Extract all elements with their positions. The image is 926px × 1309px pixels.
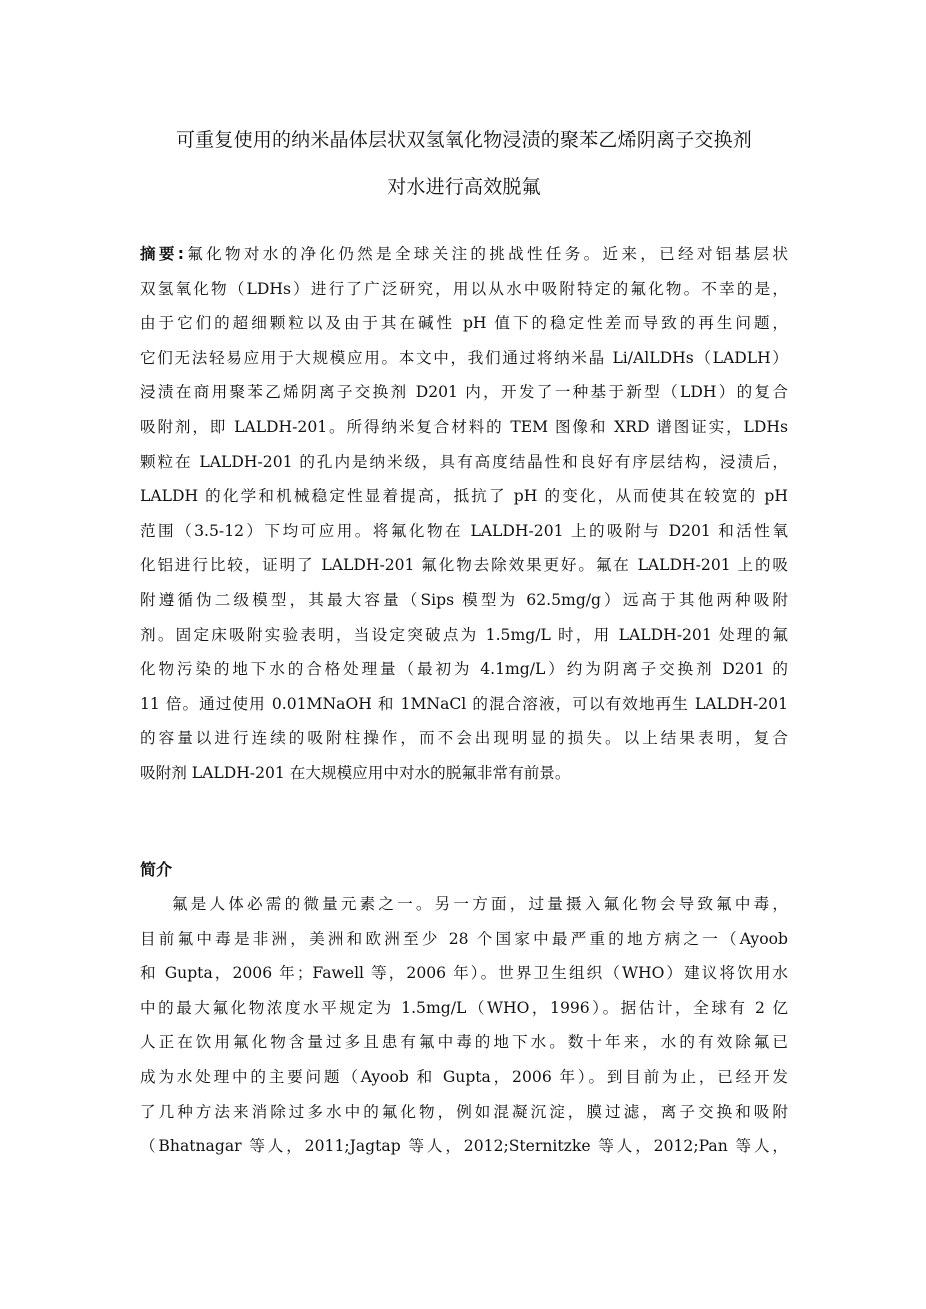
abstract-line: 它们无法轻易应用于大规模应用。本文中，我们通过将纳米晶 Li/AlLDHs（LA… [140, 341, 788, 376]
abstract-line: 吸附剂 LALDH-201 在大规模应用中对水的脱氟非常有前景。 [140, 756, 788, 791]
title-line-2: 对水进行高效脱氟 [140, 175, 788, 199]
abstract-line: 附遵循伪二级模型，其最大容量（Sips 模型为 62.5mg/g）远高于其他两种… [140, 583, 788, 618]
abstract-paragraph: 摘要:氟化物对水的净化仍然是全球关注的挑战性任务。近来，已经对铝基层状 双氢氧化… [140, 237, 788, 791]
abstract-line: 双氢氧化物（LDHs）进行了广泛研究，用以从水中吸附特定的氟化物。不幸的是， [140, 272, 788, 307]
intro-line: 中的最大氟化物浓度水平规定为 1.5mg/L（WHO，1996）。据估计，全球有… [140, 991, 788, 1026]
abstract-line: LALDH 的化学和机械稳定性显着提高，抵抗了 pH 的变化，从而使其在较宽的 … [140, 479, 788, 514]
abstract-line: 11 倍。通过使用 0.01MNaOH 和 1MNaCl 的混合溶液，可以有效地… [140, 687, 788, 722]
abstract-line: 的容量以进行连续的吸附柱操作，而不会出现明显的损失。以上结果表明，复合 [140, 721, 788, 756]
introduction-paragraph: 氟是人体必需的微量元素之一。另一方面，过量摄入氟化物会导致氟中毒， 目前氟中毒是… [140, 887, 788, 1164]
intro-line: 了几种方法来消除过多水中的氟化物，例如混凝沉淀，膜过滤，离子交换和吸附 [140, 1095, 788, 1130]
abstract-line: 浸渍在商用聚苯乙烯阴离子交换剂 D201 内，开发了一种基于新型（LDH）的复合 [140, 375, 788, 410]
title-line-1: 可重复使用的纳米晶体层状双氢氧化物浸渍的聚苯乙烯阴离子交换剂 [140, 128, 788, 152]
abstract-label: 摘要: [140, 245, 184, 263]
intro-line: 氟是人体必需的微量元素之一。另一方面，过量摄入氟化物会导致氟中毒， [140, 887, 788, 922]
abstract-line: 化铝进行比较，证明了 LALDH-201 氟化物去除效果更好。氟在 LALDH-… [140, 548, 788, 583]
section-heading-introduction: 简介 [140, 857, 172, 880]
abstract-line: 吸附剂，即 LALDH-201。所得纳米复合材料的 TEM 图像和 XRD 谱图… [140, 410, 788, 445]
abstract-line: 由于它们的超细颗粒以及由于其在碱性 pH 值下的稳定性差而导致的再生问题， [140, 306, 788, 341]
abstract-line: 摘要:氟化物对水的净化仍然是全球关注的挑战性任务。近来，已经对铝基层状 [140, 237, 788, 272]
intro-line: （Bhatnagar 等人，2011;Jagtap 等人，2012;Sterni… [140, 1129, 788, 1164]
abstract-line: 颗粒在 LALDH-201 的孔内是纳米级，具有高度结晶性和良好有序层结构，浸渍… [140, 445, 788, 480]
intro-line: 目前氟中毒是非洲，美洲和欧洲至少 28 个国家中最严重的地方病之一（Ayoob [140, 922, 788, 957]
intro-line: 人正在饮用氟化物含量过多且患有氟中毒的地下水。数十年来，水的有效除氟已 [140, 1025, 788, 1060]
abstract-line: 范围（3.5-12）下均可应用。将氟化物在 LALDH-201 上的吸附与 D2… [140, 514, 788, 549]
abstract-line: 剂。固定床吸附实验表明，当设定突破点为 1.5mg/L 时，用 LALDH-20… [140, 618, 788, 653]
abstract-line: 化物污染的地下水的合格处理量（最初为 4.1mg/L）约为阴离子交换剂 D201… [140, 652, 788, 687]
intro-line: 成为水处理中的主要问题（Ayoob 和 Gupta，2006 年）。到目前为止，… [140, 1060, 788, 1095]
intro-line: 和 Gupta，2006 年；Fawell 等，2006 年）。世界卫生组织（W… [140, 956, 788, 991]
